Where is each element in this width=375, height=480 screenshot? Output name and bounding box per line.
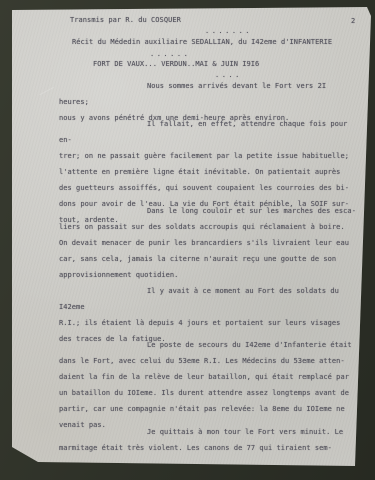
page-content: Transmis par R. du COSQUER 2 ....... Réc… (7, 6, 371, 469)
transmitted-by-line: Transmis par R. du COSQUER (70, 15, 181, 25)
page-number: 2 (351, 16, 355, 26)
typewritten-page: Transmis par R. du COSQUER 2 ....... Réc… (7, 6, 371, 469)
paragraph-corridor: Dans le long couloir et sur les marches … (59, 203, 359, 283)
separator-dots-1: ....... (205, 27, 252, 35)
photo-background: Transmis par R. du COSQUER 2 ....... Réc… (0, 0, 375, 480)
document-title: FORT DE VAUX... VERDUN..MAI & JUIN I9I6 (93, 59, 259, 69)
separator-dots-2: ...... (150, 50, 190, 58)
document-subtitle: Récit du Médedin auxiliaire SEDALLIAN, d… (72, 37, 332, 47)
paragraph-aid-post: Le poste de secours du I42eme d'Infanter… (59, 337, 359, 433)
paragraph-departure: Je quittais à mon tour le Fort vers minu… (59, 424, 359, 456)
